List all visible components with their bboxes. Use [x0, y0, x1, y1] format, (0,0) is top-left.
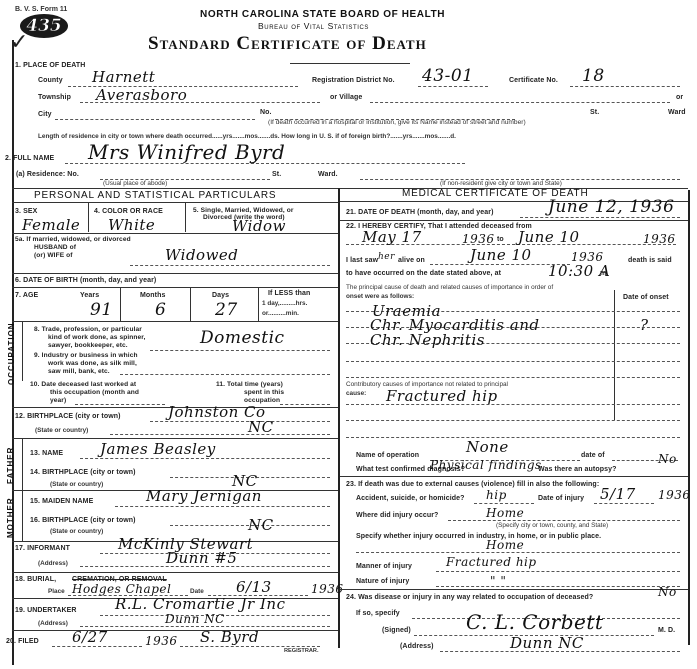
occurred-label: to have occurred on the date stated abov… — [346, 270, 501, 277]
occupation-side-label: OCCUPATION — [7, 322, 16, 385]
birthplace-state-label: (State or country) — [35, 427, 88, 434]
specify-label: Specify whether injury occurred in indus… — [356, 533, 601, 540]
place-of-death-label: 1. PLACE OF DEATH — [15, 62, 85, 69]
undertaker-address-label: (Address) — [38, 620, 68, 627]
residence-ward-label: Ward. — [318, 171, 338, 178]
personal-section-title: PERSONAL AND STATISTICAL PARTICULARS — [34, 190, 276, 201]
burial-date-value: 6/13 — [236, 578, 272, 596]
birthplace-label: 12. BIRTHPLACE (city or town) — [15, 413, 121, 420]
agency-title: NORTH CAROLINA STATE BOARD OF HEALTH — [200, 9, 445, 20]
burial-year-value: 1936 — [311, 582, 344, 596]
industry-label-1: 9. Industry or business in which — [34, 352, 138, 359]
operation-date-label: date of — [581, 452, 605, 459]
industry-label-3: saw mill, bank, etc. — [48, 368, 110, 375]
trade-value: Domestic — [200, 328, 285, 348]
age-months-label: Months — [140, 292, 165, 299]
marital-label-1: 5. Single, Married, Widowed, or — [193, 207, 294, 214]
where-label: Where did injury occur? — [356, 512, 438, 519]
mother-state-label: (State or country) — [50, 528, 103, 535]
filed-year-value: 1936 — [145, 634, 178, 648]
attended-to-value: June 10 — [518, 228, 580, 246]
certificate-title: Standard Certificate of Death — [148, 33, 427, 55]
residence-length-label: Length of residence in city or town wher… — [38, 133, 456, 140]
undertaker-label: 19. UNDERTAKER — [15, 607, 77, 614]
trade-label-2: kind of work done, as spinner, — [48, 334, 146, 341]
undertaker-value: R.L. Cromartie Jr Inc — [115, 595, 285, 613]
last-saw-label: I last saw — [346, 257, 378, 264]
father-state-label: (State or country) — [50, 481, 103, 488]
township-label: Township — [38, 94, 71, 101]
right-border — [688, 190, 690, 645]
external-causes-label: 23. If death was due to external causes … — [346, 481, 599, 488]
age-days-label: Days — [212, 292, 229, 299]
center-divider — [338, 188, 340, 648]
father-birthplace-label: 14. BIRTHPLACE (city or town) — [30, 469, 136, 476]
father-name-value: James Beasley — [100, 440, 216, 458]
time-suffix: m. — [600, 270, 608, 277]
full-name-value: Mrs Winifred Byrd — [88, 140, 285, 164]
occupation-related-value: No — [658, 585, 677, 599]
date-of-death-label: 21. DATE OF DEATH (month, day, and year) — [346, 209, 494, 216]
spouse-label-2: HUSBAND of — [34, 244, 76, 251]
total-time-label-1: 11. Total time (years) — [216, 381, 283, 388]
accident-value: hip — [486, 488, 507, 502]
registrar-signature: S. Byrd — [200, 628, 259, 646]
signed-label: (Signed) — [382, 627, 411, 634]
contributory-value: Fractured hip — [386, 387, 498, 405]
industry-label-2: work was done, as silk mill, — [48, 360, 137, 367]
spouse-label-3: (or) WIFE of — [34, 252, 73, 259]
injury-year-value: 1936 — [658, 488, 691, 502]
county-value: Harnett — [92, 68, 155, 86]
contrib-label-2: cause: — [346, 390, 366, 397]
race-value: White — [108, 216, 155, 234]
where-value: Home — [486, 506, 524, 520]
checkmark-icon: ✓ — [10, 30, 28, 55]
father-name-label: 13. NAME — [30, 450, 63, 457]
test-value: Physical findings — [430, 458, 542, 472]
less-than-label-2: 1 day,.........hrs. — [262, 300, 307, 307]
burial-place-label: Place — [48, 588, 65, 595]
burial-date-label: Date — [190, 588, 204, 595]
last-worked-label-2: this occupation (month and — [50, 389, 139, 396]
last-worked-label-1: 10. Date deceased last worked at — [30, 381, 136, 388]
last-saw-pronoun: her — [378, 252, 395, 262]
title-rule — [290, 63, 410, 64]
city-label: City — [38, 111, 52, 118]
residence-label: (a) Residence: No. — [16, 171, 79, 178]
less-than-label-1: If LESS than — [268, 290, 310, 297]
bureau-title: Bureau of Vital Statistics — [258, 21, 369, 31]
alive-on-label: alive on — [398, 257, 425, 264]
sex-label: 3. SEX — [15, 208, 37, 215]
full-name-label: 2. FULL NAME — [5, 155, 54, 162]
usual-abode-note: (Usual place of abode) — [103, 180, 167, 187]
mother-name-value: Mary Jernigan — [146, 487, 262, 505]
age-years-value: 91 — [90, 300, 113, 320]
death-said-label: death is said — [628, 257, 672, 264]
last-worked-label-3: year) — [50, 397, 66, 404]
autopsy-label: Was there an autopsy? — [538, 466, 616, 473]
burial-place-value: Hodges Chapel — [72, 582, 171, 596]
attended-from-year: 1936 — [462, 232, 495, 246]
last-saw-date-value: June 10 — [470, 246, 532, 264]
registrar-label: REGISTRAR. — [284, 648, 319, 654]
cause-3: Chr. Nephritis — [370, 331, 485, 349]
informant-address-value: Dunn #5 — [166, 549, 237, 567]
mother-name-label: 15. MAIDEN NAME — [30, 498, 93, 505]
certificate-no-value: 18 — [582, 66, 605, 86]
nature-value: " " — [490, 574, 506, 588]
specify-value: Home — [486, 538, 524, 552]
accident-label: Accident, suicide, or homicide? — [356, 495, 465, 502]
onset-value: ? — [640, 316, 649, 334]
spouse-value: Widowed — [165, 246, 238, 264]
occupation-related-label: 24. Was disease or injury in any way rel… — [346, 594, 593, 601]
township-value: Averasboro — [96, 86, 187, 104]
if-so-label: If so, specify — [356, 610, 400, 617]
mother-side-label: MOTHER — [6, 497, 15, 538]
attended-from-value: May 17 — [362, 228, 422, 246]
injury-date-value: 5/17 — [600, 485, 636, 503]
residence-st-label: St. — [272, 171, 281, 178]
hospital-note: (If death occurred in a hospital or inst… — [268, 119, 526, 126]
md-label: M. D. — [658, 627, 675, 634]
spouse-label-1: 5a. If married, widowed, or divorced — [15, 236, 131, 243]
sex-value: Female — [22, 216, 80, 234]
total-time-label-2: spent in this — [244, 389, 284, 396]
race-label: 4. COLOR OR RACE — [94, 208, 163, 215]
attended-to-year: 1936 — [643, 232, 676, 246]
trade-label-3: sawyer, bookkeeper, etc. — [48, 342, 128, 349]
cause-intro-1: The principal cause of death and related… — [346, 284, 553, 291]
age-label: 7. AGE — [15, 292, 38, 299]
autopsy-value: No — [658, 452, 677, 466]
trade-label-1: 8. Trade, profession, or particular — [34, 326, 142, 333]
manner-value: Fractured hip — [446, 555, 537, 569]
village-label: or Village — [330, 94, 362, 101]
number-label: No. — [260, 109, 272, 116]
registration-value: 43-01 — [422, 66, 474, 86]
nature-label: Nature of injury — [356, 578, 409, 585]
filed-label: 20. FILED — [6, 638, 39, 645]
physician-address-value: Dunn NC — [510, 634, 584, 652]
physician-address-label: (Address) — [400, 643, 434, 650]
less-than-label-3: or..........min. — [262, 310, 299, 317]
manner-label: Manner of injury — [356, 563, 412, 570]
date-of-death-value: June 12, 1936 — [548, 197, 674, 217]
ward-label: Ward — [668, 109, 686, 116]
nonresident-note: (If non-resident give city or town and S… — [440, 180, 562, 187]
burial-label: 18. BURIAL, — [15, 576, 56, 583]
mother-state-value: NC — [248, 516, 274, 534]
cause-intro-2: onset were as follows: — [346, 293, 414, 300]
street-label: St. — [590, 109, 599, 116]
physician-signature: C. L. Corbett — [466, 610, 603, 634]
attended-to-label: to — [497, 236, 504, 243]
mother-birthplace-label: 16. BIRTHPLACE (city or town) — [30, 517, 136, 524]
filed-date-value: 6/27 — [72, 628, 108, 646]
age-years-label: Years — [80, 292, 99, 299]
operation-value: None — [466, 438, 509, 456]
operation-label: Name of operation — [356, 452, 419, 459]
onset-header: Date of onset — [623, 294, 669, 301]
informant-label: 17. INFORMANT — [15, 545, 70, 552]
registration-label: Registration District No. — [312, 77, 395, 84]
age-days-value: 27 — [215, 300, 238, 320]
county-label: County — [38, 77, 63, 84]
or-label: or — [676, 94, 683, 101]
undertaker-address-value: Dunn NC — [165, 612, 225, 626]
form-id: B. V. S. Form 11 — [15, 6, 67, 13]
father-side-label: FATHER — [6, 447, 15, 484]
certificate-no-label: Certificate No. — [509, 77, 558, 84]
injury-date-label: Date of injury — [538, 495, 584, 502]
dob-label: 6. DATE OF BIRTH (month, day, and year) — [15, 277, 156, 284]
where-note: (Specify city or town, county, and State… — [496, 522, 608, 529]
birthplace-state-value: NC — [248, 418, 274, 436]
informant-address-label: (Address) — [38, 560, 68, 567]
age-months-value: 6 — [155, 300, 166, 320]
